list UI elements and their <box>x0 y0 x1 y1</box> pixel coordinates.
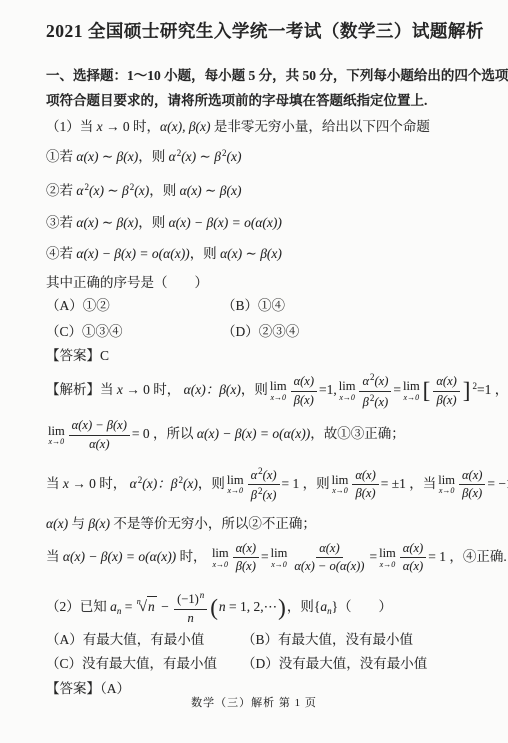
limit-operator: limx→0 <box>438 474 455 496</box>
q1-proposition-1: ①若 α(x) ∼ β(x)，则 α2(x) ∼ β2(x) <box>46 144 472 166</box>
math-run: α <box>76 183 83 198</box>
text-run: =1 ，则： <box>477 382 508 397</box>
math-run: α <box>130 476 137 491</box>
q1-analysis-line5: 当 α(x) − β(x) = o(α(x)) 时， limx→0α(x)β(x… <box>46 541 472 575</box>
option-cell: （A）①② <box>46 296 222 315</box>
text-run: （B）有最大值，没有最小值 <box>242 632 413 647</box>
math-run: α(x) − β(x) = o(α(x)) <box>76 246 189 261</box>
lim-subscript: x→0 <box>227 487 243 495</box>
lim-word: lim <box>403 380 420 393</box>
lim-subscript: x→0 <box>332 487 348 495</box>
math-run: β(x) <box>236 559 256 573</box>
text-run: ，则 <box>138 149 168 164</box>
limit-operator: limx→0 <box>339 380 356 402</box>
option-cell: （D）没有最大值，没有最小值 <box>242 654 427 673</box>
text-run: = <box>393 382 401 397</box>
big-bracket: ) <box>278 595 286 620</box>
numerator: α(x) <box>433 374 459 392</box>
math-run: (x)：β <box>142 476 177 491</box>
math-run: α(x) <box>403 541 423 555</box>
option-cell: （A）有最大值，有最小值 <box>46 630 242 649</box>
big-bracket: [ <box>423 378 431 403</box>
math-run: (x) <box>183 476 198 491</box>
math-run: a <box>110 599 117 614</box>
fraction: α(x)α(x) − o(α(x)) <box>291 541 367 575</box>
math-run: α(x) ∼ β(x) <box>180 183 242 198</box>
text-run: = <box>121 599 135 614</box>
text-run: （C）①③④ <box>46 324 123 339</box>
text-run: ②若 <box>46 183 76 198</box>
math-run: α <box>362 374 369 388</box>
exam-document-page: 2021 全国硕士研究生入学统一考试（数学三）试题解析 一、选择题：1～10 小… <box>0 0 508 743</box>
text-run: → 0 时， <box>103 119 160 134</box>
text-run: ，故①③正确； <box>310 426 405 441</box>
math-run: α <box>251 468 258 482</box>
text-run: = 0 ，所以 <box>132 426 197 441</box>
option-cell: （D）②③④ <box>222 322 299 341</box>
text-run: （D）没有最大值，没有最小值 <box>242 656 427 671</box>
title-subject-emphasis: 数学三 <box>340 21 394 41</box>
math-run: n <box>188 611 194 625</box>
fraction: α(x)β(x) <box>352 468 378 502</box>
lim-word: lim <box>48 425 65 438</box>
denominator: α(x) <box>400 558 426 575</box>
text-run: = <box>369 549 377 564</box>
text-run: 当 <box>46 476 63 491</box>
text-run: − <box>158 599 172 614</box>
numerator: α2(x) <box>248 466 280 486</box>
choice-section-intro-line1: 一、选择题：1～10 小题，每小题 5 分，共 50 分，下列每小题给出的四个选… <box>46 66 472 85</box>
lim-subscript: x→0 <box>404 394 420 402</box>
text-run: （B）①④ <box>222 298 285 313</box>
numerator: α(x) <box>316 541 342 559</box>
limit-operator: limx→0 <box>332 474 349 496</box>
q1-proposition-4: ④若 α(x) − β(x) = o(α(x))，则 α(x) ∼ β(x) <box>46 244 472 263</box>
math-run: α(x) <box>319 541 339 555</box>
lim-subscript: x→0 <box>212 561 228 569</box>
lim-subscript: x→0 <box>439 487 455 495</box>
q1-options-cd: （C）①③④（D）②③④ <box>46 322 472 341</box>
math-run: (x) <box>134 183 149 198</box>
lim-word: lim <box>212 547 229 560</box>
math-run: α(x) − β(x) = o(α(x)) <box>169 215 282 230</box>
math-run: β(x) <box>437 393 457 407</box>
numerator: α2(x) <box>359 372 391 392</box>
text-run: ④若 <box>46 246 76 261</box>
math-run: β <box>251 488 257 502</box>
numerator: α(x) − β(x) <box>69 418 130 436</box>
text-run: 与 <box>68 516 88 531</box>
denominator: α(x) <box>86 436 112 453</box>
text-run: 项符合题目要求的，请将所选项前的字母填在答题纸指定位置上. <box>46 93 427 108</box>
math-run: α(x), β(x) <box>160 119 211 134</box>
math-run: (x) <box>374 395 388 409</box>
text-run: = <box>261 549 269 564</box>
title-suffix: ）试题解析 <box>394 21 484 41</box>
math-run: α(x) − β(x) = o(α(x)) <box>63 549 176 564</box>
limit-operator: limx→0 <box>270 380 287 402</box>
option-cell: （B）有最大值，没有最小值 <box>242 630 413 649</box>
lim-subscript: x→0 <box>271 561 287 569</box>
q2-options-ab: （A）有最大值，有最小值（B）有最大值，没有最小值 <box>46 630 472 649</box>
q1-answer: 【答案】C <box>46 346 472 365</box>
math-run: α(x) − β(x) = o(α(x)) <box>197 426 310 441</box>
text-run: 【答案】C <box>46 348 109 363</box>
text-run: （1）当 <box>46 119 97 134</box>
math-run: α <box>169 149 176 164</box>
numerator: α(x) <box>291 374 317 392</box>
math-run: β(x) <box>355 486 375 500</box>
text-run: （A）①② <box>46 298 110 313</box>
denominator: β(x) <box>352 485 378 502</box>
lim-word: lim <box>227 474 244 487</box>
math-run: α(x) <box>403 559 423 573</box>
math-run: α(x) <box>355 468 375 482</box>
text-run: 【解析】当 <box>46 382 117 397</box>
text-run: ①若 <box>46 149 76 164</box>
text-run: ，则 <box>138 215 168 230</box>
fraction: α(x)β(x) <box>291 374 317 408</box>
math-run: (x) ∼ β <box>89 183 129 198</box>
numerator: (−1)n <box>174 590 207 610</box>
math-run: α(x)：β(x) <box>184 382 241 397</box>
limit-operator: limx→0 <box>403 380 420 402</box>
text-run: = 1, 2,⋯ <box>226 599 278 614</box>
math-run: β(x) <box>294 393 314 407</box>
title-prefix: 2021 全国硕士研究生入学统一考试（ <box>46 21 340 41</box>
big-bracket: ] <box>463 378 471 403</box>
text-run: = ±1 ，当 <box>381 476 437 491</box>
math-run: α(x) ∼ β(x) <box>220 246 282 261</box>
math-run: α(x) <box>46 516 68 531</box>
text-run: 其中正确的序号是（ ） <box>46 275 208 290</box>
text-run: 时， <box>176 549 210 564</box>
math-run: α(x) ∼ β(x) <box>76 149 138 164</box>
text-run: = −1 时， <box>487 476 508 491</box>
text-run: （C）没有最大值，有最小值 <box>46 656 217 671</box>
q1-analysis-line4: α(x) 与 β(x) 不是等价无穷小，所以②不正确； <box>46 514 472 533</box>
document-body: 一、选择题：1～10 小题，每小题 5 分，共 50 分，下列每小题给出的四个选… <box>46 66 472 698</box>
text-run: 是非零无穷小量，给出以下四个命题 <box>211 119 430 134</box>
text-run: ③若 <box>46 215 76 230</box>
text-run: → 0 时， <box>123 382 184 397</box>
fraction: α(x)β(x) <box>233 541 259 575</box>
text-run: （D）②③④ <box>222 324 299 339</box>
math-run: α(x) <box>294 374 314 388</box>
text-run: （ ） <box>338 599 392 614</box>
denominator: β(x) <box>291 392 317 409</box>
root-degree: n <box>137 592 141 611</box>
q2-stem: （2）已知 an = n√n − (−1)nn(n = 1, 2,⋯)，则{an… <box>46 590 472 626</box>
math-run: α(x) ∼ β(x) <box>76 215 138 230</box>
text-run: 不是等价无穷小，所以②不正确； <box>110 516 316 531</box>
limit-operator: limx→0 <box>48 425 65 447</box>
lim-word: lim <box>270 380 287 393</box>
denominator: α(x) − o(α(x)) <box>291 558 367 575</box>
denominator: β2(x) <box>360 392 392 411</box>
nth-root: n√n <box>137 596 157 618</box>
numerator: α(x) <box>233 541 259 559</box>
q1-proposition-2: ②若 α2(x) ∼ β2(x)，则 α(x) ∼ β(x) <box>46 178 472 200</box>
math-run: α(x) − β(x) <box>72 418 127 432</box>
denominator: β(x) <box>233 558 259 575</box>
q1-proposition-3: ③若 α(x) ∼ β(x)，则 α(x) − β(x) = o(α(x)) <box>46 213 472 232</box>
fraction: α(x)β(x) <box>433 374 459 408</box>
option-cell: （C）没有最大值，有最小值 <box>46 654 242 673</box>
numerator: α(x) <box>352 468 378 486</box>
q1-analysis-line2: limx→0α(x) − β(x)α(x)= 0 ，所以 α(x) − β(x)… <box>46 418 472 452</box>
text-run: = 1 ，④正确. <box>428 549 507 564</box>
lim-word: lim <box>379 547 396 560</box>
q2-options-cd: （C）没有最大值，有最小值（D）没有最大值，没有最小值 <box>46 654 472 673</box>
text-run: (−1) <box>177 592 199 606</box>
lim-subscript: x→0 <box>380 561 396 569</box>
math-run: α(x) − o(α(x)) <box>294 559 364 573</box>
denominator: β2(x) <box>248 485 280 504</box>
text-run: ，则 <box>287 599 314 614</box>
text-run: ，则 <box>149 183 179 198</box>
math-run: n <box>219 599 226 614</box>
math-run: α(x) <box>236 541 256 555</box>
math-run: β <box>363 395 369 409</box>
text-run: → 0 时， <box>69 476 130 491</box>
limit-operator: limx→0 <box>212 547 229 569</box>
text-run: （2）已知 <box>46 599 110 614</box>
radicand: n <box>147 596 157 616</box>
math-run: α(x) <box>462 468 482 482</box>
lim-word: lim <box>438 474 455 487</box>
q1-options-ab: （A）①②（B）①④ <box>46 296 472 315</box>
math-run: (x) <box>262 488 276 502</box>
math-run: α(x) <box>89 437 109 451</box>
fraction: α(x)α(x) <box>400 541 426 575</box>
fraction: α(x) − β(x)α(x) <box>69 418 130 452</box>
superscript: n <box>200 590 205 600</box>
math-run: (x) <box>226 149 241 164</box>
math-run: β(x) <box>462 486 482 500</box>
limit-operator: limx→0 <box>271 547 288 569</box>
math-run: β(x) <box>88 516 110 531</box>
lim-word: lim <box>332 474 349 487</box>
text-run: ，则 <box>190 246 220 261</box>
option-cell: （B）①④ <box>222 296 285 315</box>
text-run: （A）有最大值，有最小值 <box>46 632 204 647</box>
denominator: β(x) <box>434 392 460 409</box>
big-bracket: ( <box>210 595 218 620</box>
q1-stem: （1）当 x → 0 时，α(x), β(x) 是非零无穷小量，给出以下四个命题 <box>46 117 472 136</box>
limit-operator: limx→0 <box>227 474 244 496</box>
math-run: (x) <box>263 468 277 482</box>
text-run: = 1 ，则 <box>282 476 330 491</box>
q1-analysis-line3: 当 x → 0 时， α2(x)：β2(x)，则limx→0α2(x)β2(x)… <box>46 466 472 504</box>
page-footer: 数学（三）解析 第 1 页 <box>0 694 508 710</box>
q1-prompt: 其中正确的序号是（ ） <box>46 273 472 292</box>
fraction: α2(x)β2(x) <box>248 466 280 504</box>
numerator: α(x) <box>400 541 426 559</box>
numerator: α(x) <box>459 468 485 486</box>
math-run: (x) ∼ β <box>181 149 221 164</box>
lim-word: lim <box>271 547 288 560</box>
fraction: α2(x)β2(x) <box>359 372 391 410</box>
lim-subscript: x→0 <box>270 394 286 402</box>
option-cell: （C）①③④ <box>46 322 222 341</box>
text-run: =1, <box>319 382 337 397</box>
text-run: ，则 <box>241 382 268 397</box>
choice-section-intro-line2: 项符合题目要求的，请将所选项前的字母填在答题纸指定位置上. <box>46 91 472 110</box>
math-run: (x) <box>375 374 389 388</box>
text-run: 一、选择题：1～10 小题，每小题 5 分，共 50 分，下列每小题给出的四个选… <box>46 68 508 83</box>
fraction: α(x)β(x) <box>459 468 485 502</box>
lim-subscript: x→0 <box>339 394 355 402</box>
limit-operator: limx→0 <box>379 547 396 569</box>
page-title: 2021 全国硕士研究生入学统一考试（数学三）试题解析 <box>46 20 472 42</box>
denominator: n <box>185 610 197 627</box>
lim-subscript: x→0 <box>49 438 65 446</box>
text-run: ，则 <box>198 476 225 491</box>
q1-analysis-line1: 【解析】当 x → 0 时， α(x)：β(x)，则limx→0α(x)β(x)… <box>46 372 472 410</box>
text-run: 当 <box>46 549 63 564</box>
math-run: α(x) <box>436 374 456 388</box>
denominator: β(x) <box>459 485 485 502</box>
fraction: (−1)nn <box>174 590 207 626</box>
lim-word: lim <box>339 380 356 393</box>
